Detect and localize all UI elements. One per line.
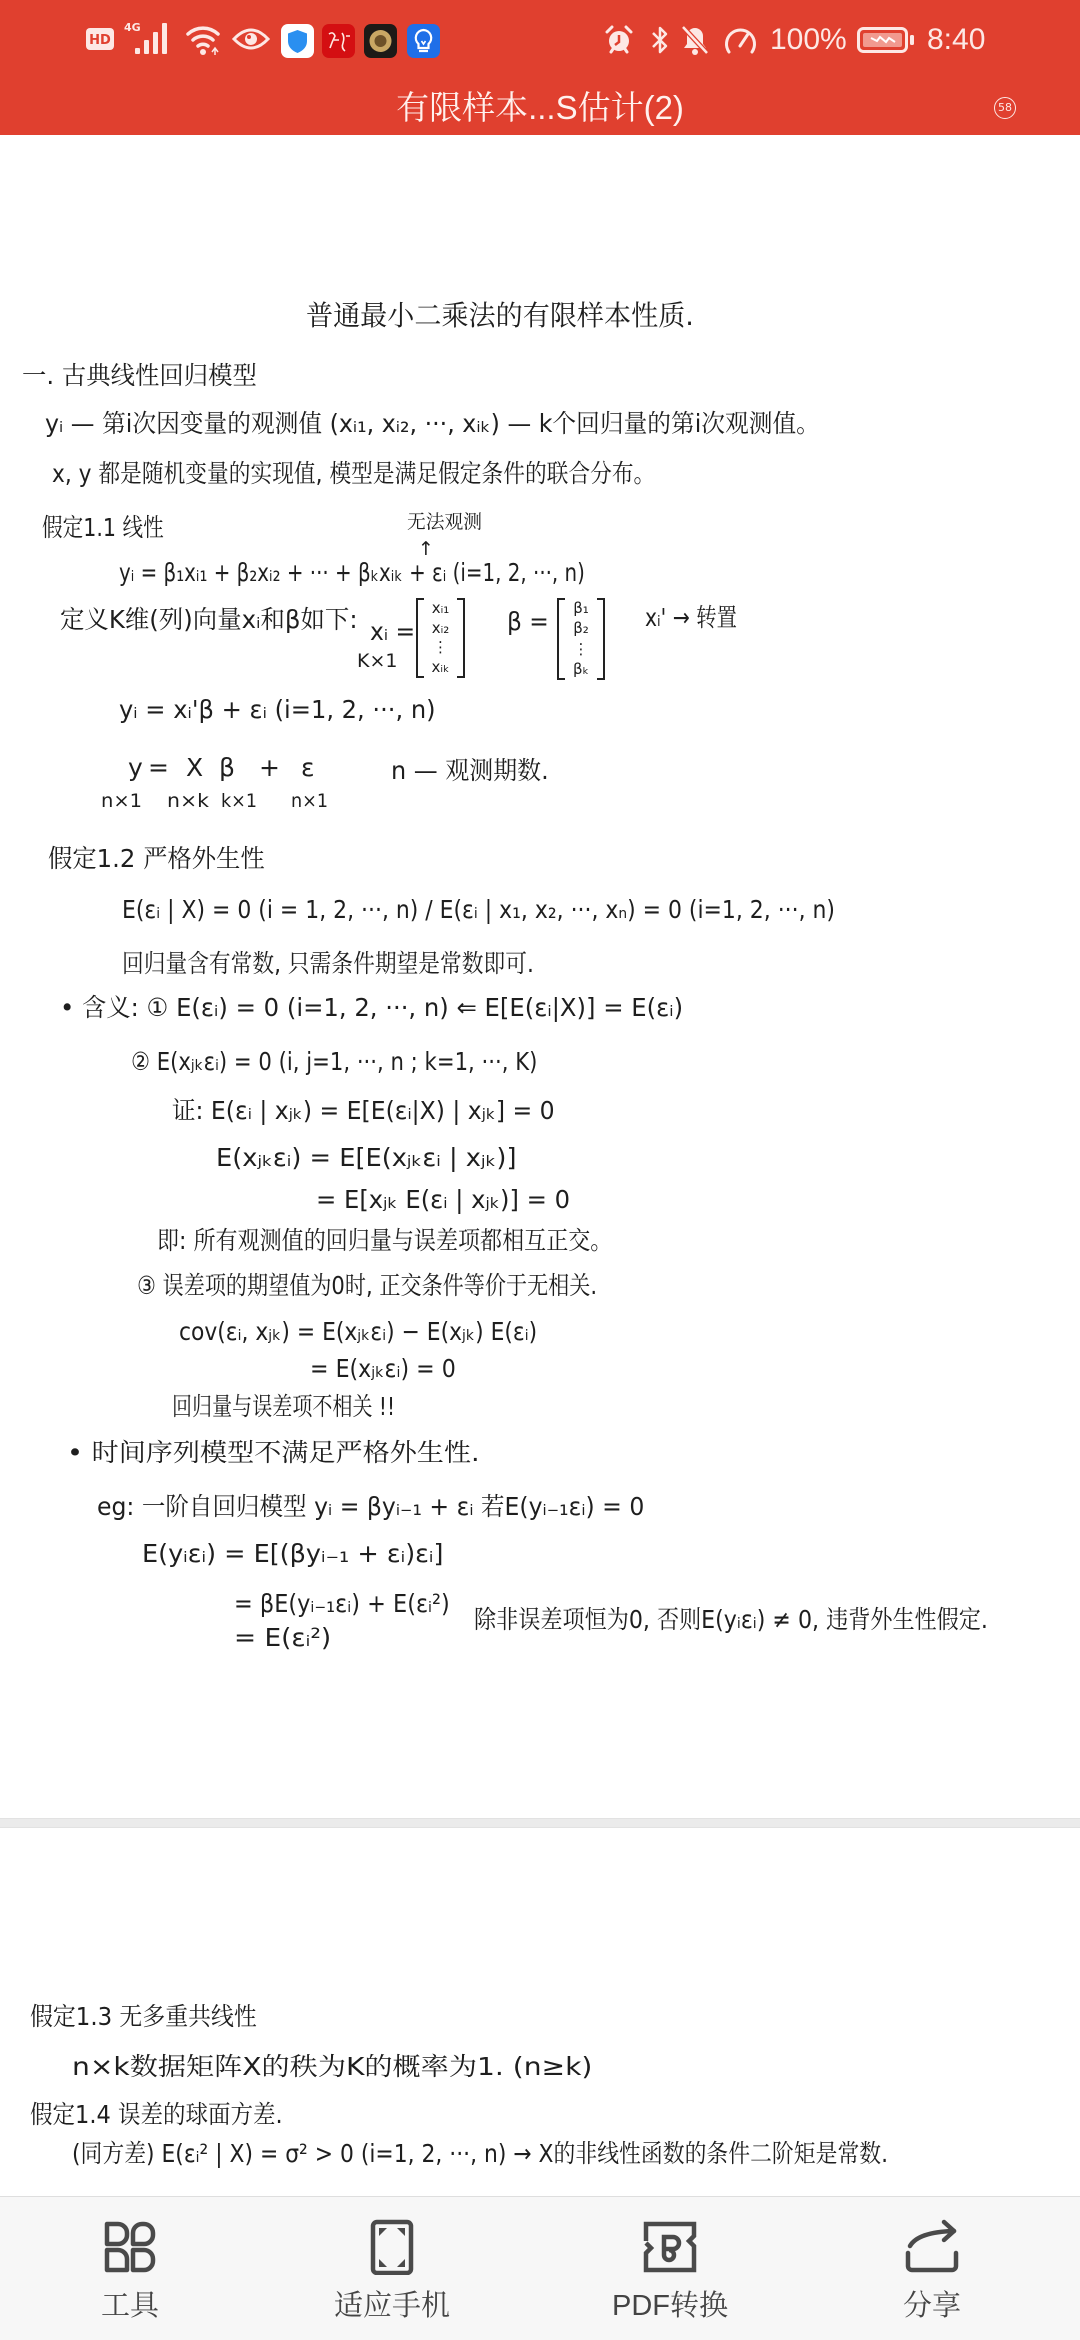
note-line: • 时间序列模型不满足严格外生性. xyxy=(67,1437,480,1469)
document-title: 有限样本...S估计(2) xyxy=(0,86,1080,130)
note-line: 定义K维(列)向量xᵢ和β如下: xyxy=(60,604,358,636)
note-line: • 含义: ① E(εᵢ) = 0 (i=1, 2, ···, n) ⇐ E[E… xyxy=(60,992,683,1024)
bluetooth-icon xyxy=(650,25,670,55)
pdf-viewer[interactable]: 普通最小二乘法的有限样本性质. 一. 古典线性回归模型 yᵢ — 第i次因变量的… xyxy=(0,135,1080,2196)
section-heading: 一. 古典线性回归模型 xyxy=(22,360,257,392)
matrix-eq-symbol: + xyxy=(259,752,280,784)
4g-signal-icon: 4G xyxy=(124,20,178,56)
equation-line: = βE(yᵢ₋₁εᵢ) + E(εᵢ²) xyxy=(234,1588,450,1620)
alarm-icon xyxy=(605,25,633,55)
pdf-convert-icon xyxy=(642,2219,698,2275)
emblem-app-icon xyxy=(364,24,397,58)
matrix-eq-symbol: ε xyxy=(301,752,315,784)
note-title: 普通最小二乘法的有限样本性质. xyxy=(306,300,694,332)
matrix-entry: xᵢ₁ xyxy=(432,600,450,617)
shield-app-icon xyxy=(281,24,314,58)
battery-charging-icon xyxy=(857,27,917,53)
share-button[interactable]: 分享 xyxy=(822,2197,1042,2340)
eye-comfort-icon xyxy=(232,27,270,51)
note-line: 即: 所有观测值的回归量与误差项都相互正交。 xyxy=(157,1225,612,1257)
matrix-entry: ⋮ xyxy=(433,639,448,656)
battery-percent: 100% xyxy=(770,23,847,57)
matrix-label-beta: β = xyxy=(507,606,549,638)
equation-line: = E(xⱼₖεᵢ) = 0 xyxy=(310,1353,456,1385)
assumption-heading: 假定1.1 线性 xyxy=(42,512,164,544)
xuexi-app-icon xyxy=(322,24,355,58)
page-separator xyxy=(0,1818,1080,1828)
fit-screen-icon xyxy=(364,2219,420,2275)
note-line: yᵢ — 第i次因变量的观测值 (xᵢ₁, xᵢ₂, ···, xᵢₖ) — k… xyxy=(45,408,820,440)
note-line: n×k数据矩阵X的秩为K的概率为1. (n≥k) xyxy=(72,2051,592,2083)
matrix-dim-label: n×1 xyxy=(291,785,328,817)
fit-phone-button[interactable]: 适应手机 xyxy=(282,2197,502,2340)
hd-icon: HD xyxy=(86,28,114,50)
equation-line: E(yᵢεᵢ) = E[(βyᵢ₋₁ + εᵢ)εᵢ] xyxy=(142,1538,443,1570)
proof-line: 证: E(εᵢ | xⱼₖ) = E[E(εᵢ|X) | xⱼₖ] = 0 xyxy=(172,1095,555,1127)
matrix-dim-label: n×1 xyxy=(101,785,142,817)
share-label: 分享 xyxy=(822,2289,1042,2323)
assumption-heading: 假定1.4 误差的球面方差. xyxy=(30,2099,283,2131)
matrix-entry: xᵢ₂ xyxy=(432,620,450,637)
matrix-entry: β₂ xyxy=(573,620,589,637)
matrix-x-vector: xᵢ₁ xᵢ₂ ⋮ xᵢₖ xyxy=(416,598,465,678)
matrix-entry: β₁ xyxy=(573,600,589,617)
equation-line: E(εᵢ | X) = 0 (i = 1, 2, ···, n) / E(εᵢ … xyxy=(122,894,835,926)
note-line: n — 观测期数. xyxy=(391,755,549,787)
matrix-dim-label: k×1 xyxy=(221,785,257,817)
fit-phone-label: 适应手机 xyxy=(282,2289,502,2323)
transpose-note: xᵢ' → 转置 xyxy=(645,602,737,634)
equation-line: yᵢ = β₁xᵢ₁ + β₂xᵢ₂ + ··· + βₖxᵢₖ + εᵢ (i… xyxy=(119,557,585,589)
matrix-label-x: xᵢ = xyxy=(370,616,415,648)
bottom-toolbar: 工具 适应手机 PDF转换 分享 xyxy=(0,2196,1080,2340)
matrix-dim-label: K×1 xyxy=(357,645,397,677)
equation-line: = E(εᵢ²) xyxy=(234,1622,331,1654)
equation-line: yᵢ = xᵢ'β + εᵢ (i=1, 2, ···, n) xyxy=(119,694,436,726)
app-header: HD 4G xyxy=(0,0,1080,135)
matrix-eq-symbol: X xyxy=(186,752,203,784)
matrix-entry: ⋮ xyxy=(574,641,589,658)
tools-grid-icon xyxy=(102,2219,158,2275)
proof-line: E(xⱼₖεᵢ) = E[E(xⱼₖεᵢ | xⱼₖ)] xyxy=(216,1142,516,1174)
bulb-app-icon xyxy=(407,24,440,58)
note-line: 回归量含有常数, 只需条件期望是常数即可. xyxy=(122,948,534,980)
note-line: 回归量与误差项不相关 !! xyxy=(172,1391,395,1423)
mute-bell-icon xyxy=(680,24,710,56)
svg-text:4G: 4G xyxy=(124,21,141,34)
tools-button[interactable]: 工具 xyxy=(20,2197,240,2340)
note-line: eg: 一阶自回归模型 yᵢ = βyᵢ₋₁ + εᵢ 若E(yᵢ₋₁εᵢ) =… xyxy=(97,1491,644,1523)
matrix-entry: βₖ xyxy=(573,661,589,678)
note-line: (同方差) E(εᵢ² | X) = σ² > 0 (i=1, 2, ···, … xyxy=(72,2138,888,2170)
note-line: x, y 都是随机变量的实现值, 模型是满足假定条件的联合分布。 xyxy=(52,458,655,490)
pdf-convert-label: PDF转换 xyxy=(560,2289,780,2323)
matrix-eq-symbol: β xyxy=(219,752,235,784)
assumption-heading: 假定1.3 无多重共线性 xyxy=(30,2001,257,2033)
proof-line: = E[xⱼₖ E(εᵢ | xⱼₖ)] = 0 xyxy=(316,1184,570,1216)
clock-time: 8:40 xyxy=(927,23,985,57)
note-line: ③ 误差项的期望值为0时, 正交条件等价于无相关. xyxy=(137,1270,597,1302)
share-icon xyxy=(904,2219,960,2275)
speed-icon xyxy=(722,25,758,55)
assumption-heading: 假定1.2 严格外生性 xyxy=(48,843,265,875)
tools-label: 工具 xyxy=(20,2289,240,2323)
pdf-convert-button[interactable]: PDF转换 xyxy=(560,2197,780,2340)
svg-text:HD: HD xyxy=(89,33,111,48)
note-line: 除非误差项恒为0, 否则E(yᵢεᵢ) ≠ 0, 违背外生性假定. xyxy=(474,1604,988,1636)
matrix-beta-vector: β₁ β₂ ⋮ βₖ xyxy=(557,598,605,680)
wifi-icon xyxy=(186,22,222,56)
matrix-entry: xᵢₖ xyxy=(432,659,450,676)
matrix-dim-label: n×k xyxy=(167,785,209,817)
page-count-badge: 58 xyxy=(994,97,1016,119)
equation-line: cov(εᵢ, xⱼₖ) = E(xⱼₖεᵢ) − E(xⱼₖ) E(εᵢ) xyxy=(179,1316,537,1348)
matrix-eq-symbol: y xyxy=(128,752,143,784)
note-line: ② E(xⱼₖεᵢ) = 0 (i, j=1, ···, n ; k=1, ··… xyxy=(131,1046,537,1078)
matrix-eq-symbol: = xyxy=(148,752,169,784)
